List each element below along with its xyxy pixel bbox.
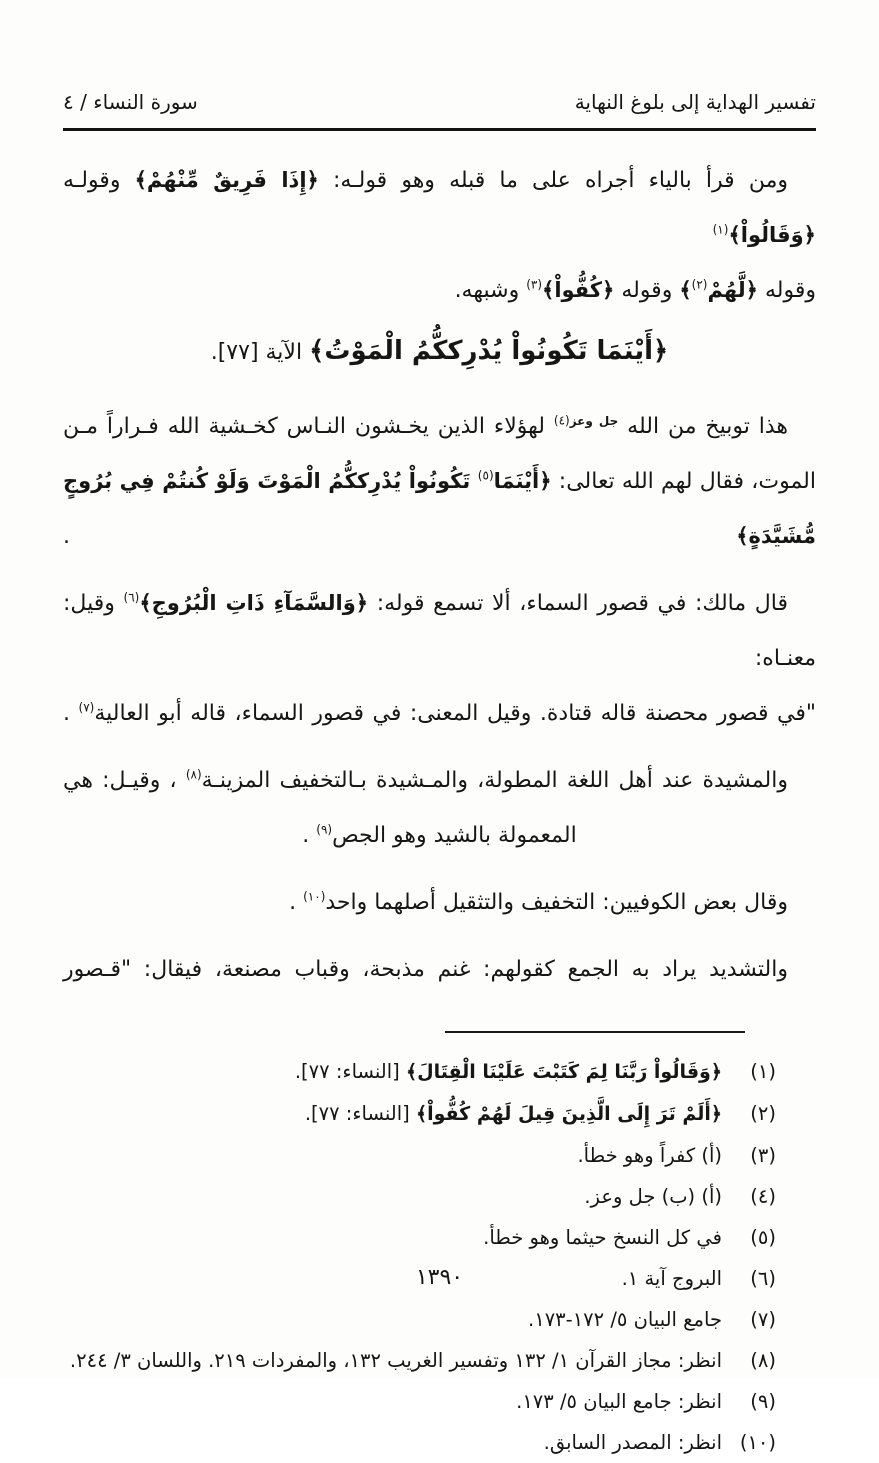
text-line: ومن قرأ بالياء أجراه على ما قبله وهو قول… — [63, 153, 816, 263]
footnote-separator — [445, 1031, 745, 1033]
text-line: وقوله ﴿لَّهُمْ(٢)﴾ وقوله ﴿كُفُّواْ﴾(٣) و… — [63, 263, 816, 318]
footnote-number: (٨) — [722, 1340, 776, 1381]
page-header: تفسير الهداية إلى بلوغ النهاية سورة النس… — [63, 90, 816, 114]
footnote-number: (٥) — [722, 1217, 776, 1258]
footnote-text: في كل النسخ حيثما وهو خطأ. — [483, 1217, 722, 1258]
text-run: والتشديد يراد به الجمع كقولهم: غنم مذبحة… — [63, 957, 788, 982]
text-run: انظر: مجاز القرآن ١/ ١٣٢ وتفسير الغريب ١… — [70, 1349, 722, 1372]
footnote-text: انظر: جامع البيان ٥/ ١٧٣. — [516, 1381, 722, 1422]
honorific-mark: جل وعز — [570, 414, 619, 428]
text-run: وشبهه. — [455, 278, 527, 303]
quran-quote: ﴿أَيْنَمَا — [494, 469, 552, 493]
footnote-text: جامع البيان ٥/ ١٧٢-١٧٣. — [528, 1299, 722, 1340]
text-run: . — [302, 823, 316, 848]
text-line: قال مالك: في قصور السماء، ألا تسمع قوله:… — [63, 576, 816, 686]
footnote-number: (٧) — [722, 1299, 776, 1340]
quran-quote: ﴿إِذَا فَرِيقٌ مِّنْهُمْ﴾ — [135, 168, 319, 192]
footnote-item: (٢)﴿أَلَمْ تَرَ إِلَى الَّذِينَ قِيلَ لَ… — [63, 1093, 776, 1135]
footnote-text: (أ) (ب) جل وعز. — [584, 1176, 722, 1217]
footnote-text: انظر: المصدر السابق. — [544, 1422, 722, 1463]
footnote-ref: (٨) — [186, 768, 202, 782]
text-line: والمشيدة عند أهل اللغة المطولة، والمـشيد… — [63, 753, 816, 808]
text-line: ﴿أَيْنَمَا تَكُونُواْ يُدْرِككُّمُ الْمَ… — [63, 324, 816, 380]
text-run: انظر: المصدر السابق. — [544, 1431, 722, 1454]
footnote-number: (٩) — [722, 1381, 776, 1422]
text-run: ومن قرأ بالياء أجراه على ما قبله وهو قول… — [319, 168, 788, 193]
text-run: . — [63, 524, 736, 549]
footnote-item: (٨)انظر: مجاز القرآن ١/ ١٣٢ وتفسير الغري… — [63, 1340, 776, 1381]
page-number: ١٣٩٠ — [0, 1265, 879, 1290]
header-surah-title: سورة النساء / ٤ — [63, 90, 198, 114]
text-run: ، وقيـل: هي — [63, 768, 186, 793]
footnote-item: (١٠)انظر: المصدر السابق. — [63, 1422, 776, 1463]
book-page: تفسير الهداية إلى بلوغ النهاية سورة النس… — [0, 0, 879, 1378]
text-line: وقال بعض الكوفيين: التخفيف والتثقيل أصله… — [63, 875, 816, 930]
header-rule — [63, 128, 816, 131]
text-run: الموت، فقال لهم الله تعالى: — [552, 469, 816, 494]
quran-quote: ﴿أَيْنَمَا تَكُونُواْ يُدْرِككُّمُ الْمَ… — [309, 336, 668, 366]
footnote-ref: (٦) — [124, 591, 140, 605]
footnote-number: (٣) — [722, 1135, 776, 1176]
text-run: جامع البيان ٥/ ١٧٢-١٧٣. — [528, 1308, 722, 1331]
footnote-ref: (٢) — [692, 278, 708, 292]
footnote-text: ﴿وَقَالُواْ رَبَّنَا لِمَ كَتَبْتَ عَلَي… — [295, 1051, 722, 1093]
footnote-item: (٧)جامع البيان ٥/ ١٧٢-١٧٣. — [63, 1299, 776, 1340]
text-run: لهؤلاء الذين يخـشون النـاس كخـشية الله ف… — [63, 414, 554, 439]
footnote-item: (٣)(أ) كفراً وهو خطأ. — [63, 1135, 776, 1176]
text-run: "في قصور محصنة قاله قتادة. وقيل المعنى: … — [94, 701, 816, 726]
text-run: قال مالك: في قصور السماء، ألا تسمع قوله: — [368, 591, 788, 616]
text-run: انظر: جامع البيان ٥/ ١٧٣. — [516, 1390, 722, 1413]
text-run: . — [289, 890, 303, 915]
quran-quote: ﴿وَقَالُواْ رَبَّنَا لِمَ كَتَبْتَ عَلَي… — [406, 1061, 722, 1083]
footnote-text: انظر: مجاز القرآن ١/ ١٣٢ وتفسير الغريب ١… — [70, 1340, 722, 1381]
text-run: وقال بعض الكوفيين: التخفيف والتثقيل أصله… — [325, 890, 788, 915]
footnote-text: (أ) كفراً وهو خطأ. — [577, 1135, 722, 1176]
quran-quote: ﴿أَلَمْ تَرَ إِلَى الَّذِينَ قِيلَ لَهُم… — [416, 1103, 722, 1125]
footnote-item: (٩)انظر: جامع البيان ٥/ ١٧٣. — [63, 1381, 776, 1422]
text-run: وقوله — [614, 278, 679, 303]
footnote-number: (٢) — [722, 1093, 776, 1134]
footnote-ref: (٥) — [478, 469, 494, 483]
text-run: (أ) (ب) جل وعز. — [584, 1185, 722, 1208]
text-run: المعمولة بالشيد وهو الجص — [332, 823, 577, 848]
footnote-item: (٥)في كل النسخ حيثما وهو خطأ. — [63, 1217, 776, 1258]
text-line: المعمولة بالشيد وهو الجص(٩) . — [63, 808, 816, 863]
footnote-ref: (١) — [713, 223, 729, 237]
body-text: ومن قرأ بالياء أجراه على ما قبله وهو قول… — [63, 153, 816, 997]
footnote-ref: (٩) — [316, 823, 332, 837]
text-line: "في قصور محصنة قاله قتادة. وقيل المعنى: … — [63, 686, 816, 741]
quran-quote: ﴾ — [679, 278, 691, 302]
footnote-number: (١٠) — [722, 1422, 776, 1463]
footnote-number: (٤) — [722, 1176, 776, 1217]
footnote-item: (١)﴿وَقَالُواْ رَبَّنَا لِمَ كَتَبْتَ عَ… — [63, 1051, 776, 1093]
text-run: [النساء: ٧٧]. — [295, 1060, 406, 1083]
footnote-number: (١) — [722, 1051, 776, 1092]
footnote-ref: (٣) — [526, 278, 542, 292]
footnote-ref: (١٠) — [303, 890, 325, 904]
text-run: . — [63, 701, 79, 726]
quran-quote: ﴿وَقَالُواْ﴾ — [728, 223, 816, 247]
text-line: والتشديد يراد به الجمع كقولهم: غنم مذبحة… — [63, 942, 816, 997]
footnote-text: ﴿أَلَمْ تَرَ إِلَى الَّذِينَ قِيلَ لَهُم… — [305, 1093, 722, 1135]
quran-quote: ﴿وَالسَّمَآءِ ذَاتِ الْبُرُوجِ﴾ — [139, 591, 368, 615]
text-run: هذا توبيخ من الله — [618, 414, 788, 439]
footnote-ref: (٤) — [554, 414, 570, 428]
text-run: (أ) كفراً وهو خطأ. — [577, 1144, 722, 1167]
text-run: في كل النسخ حيثما وهو خطأ. — [483, 1226, 722, 1249]
text-run: وقوله — [758, 278, 816, 303]
footnote-item: (٤)(أ) (ب) جل وعز. — [63, 1176, 776, 1217]
header-book-title: تفسير الهداية إلى بلوغ النهاية — [575, 90, 816, 114]
quran-quote: ﴿كُفُّواْ﴾ — [542, 278, 614, 302]
text-run: والمشيدة عند أهل اللغة المطولة، والمـشيد… — [202, 768, 788, 793]
quran-quote: ﴿لَّهُمْ — [707, 278, 758, 302]
text-line: هذا توبيخ من الله جل وعز(٤) لهؤلاء الذين… — [63, 394, 816, 454]
text-run: وقولـه — [63, 168, 135, 193]
text-run: [النساء: ٧٧]. — [305, 1102, 416, 1125]
text-run: الآية [٧٧]. — [211, 340, 309, 365]
footnote-ref: (٧) — [79, 701, 95, 715]
footnotes-section: (١)﴿وَقَالُواْ رَبَّنَا لِمَ كَتَبْتَ عَ… — [63, 1051, 816, 1463]
text-line: الموت، فقال لهم الله تعالى: ﴿أَيْنَمَا(٥… — [63, 454, 816, 564]
